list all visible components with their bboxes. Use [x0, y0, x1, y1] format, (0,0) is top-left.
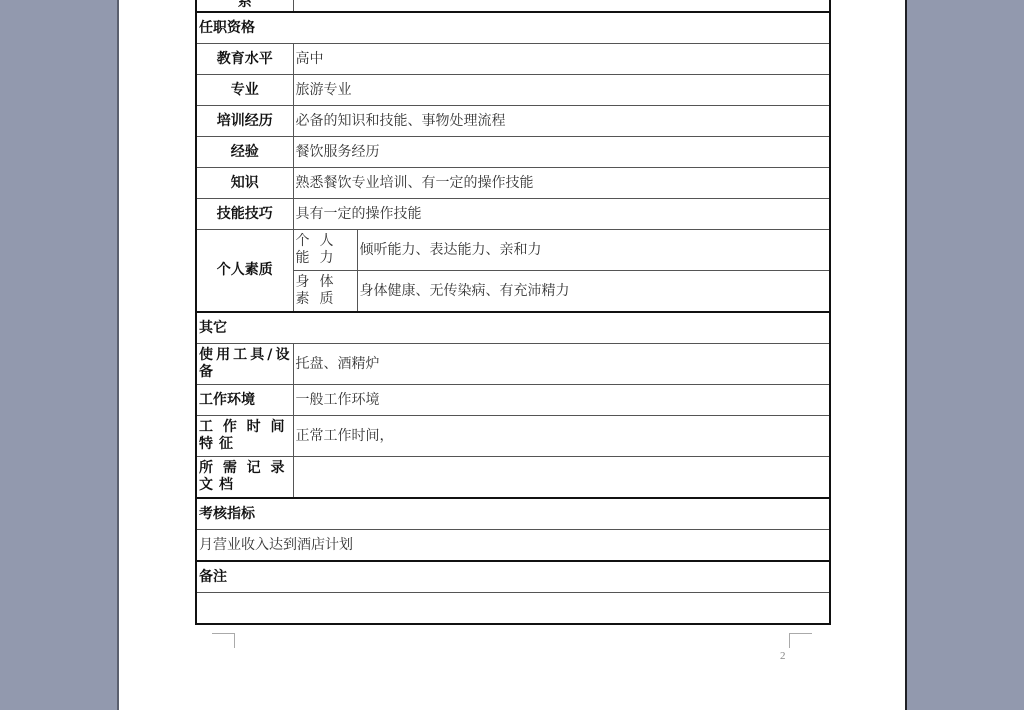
table-row: 使用工具/设备 托盘、酒精炉 — [196, 344, 830, 385]
row-value: 具有一定的操作技能 — [293, 199, 830, 230]
section-title-kpi: 考核指标 — [196, 498, 830, 530]
row-label: 所需记录文档 — [196, 457, 293, 499]
row-value: 一般工作环境 — [293, 385, 830, 416]
table-row: 专业 旅游专业 — [196, 75, 830, 106]
row-value: 旅游专业 — [293, 75, 830, 106]
section-header: 考核指标 — [196, 498, 830, 530]
table-row: 所需记录文档 — [196, 457, 830, 499]
table-row: 工作环境 一般工作环境 — [196, 385, 830, 416]
remarks-value — [196, 593, 830, 625]
section-header: 其它 — [196, 312, 830, 344]
row-label: 专业 — [196, 75, 293, 106]
row-value: 熟悉餐饮专业培训、有一定的操作技能 — [293, 168, 830, 199]
row-label: 知识 — [196, 168, 293, 199]
table-row — [196, 593, 830, 625]
job-description-table: 系 任职资格 教育水平 高中 专业 旅游专业 培训经历 必备的知识和技能、事物处… — [195, 0, 831, 625]
row-label: 工作环境 — [196, 385, 293, 416]
table-row: 经验 餐饮服务经历 — [196, 137, 830, 168]
margin-corner-left — [212, 633, 235, 648]
row-value: 高中 — [293, 44, 830, 75]
table-row: 工作时间特征 正常工作时间， — [196, 416, 830, 457]
margin-corner-right — [789, 633, 812, 648]
row-value: 必备的知识和技能、事物处理流程 — [293, 106, 830, 137]
table-row: 系 — [196, 0, 830, 12]
row-label: 培训经历 — [196, 106, 293, 137]
row-label: 工作时间特征 — [196, 416, 293, 457]
table-row: 个人素质 个人能力 倾听能力、表达能力、亲和力 — [196, 230, 830, 271]
row-label: 使用工具/设备 — [196, 344, 293, 385]
table-row: 知识 熟悉餐饮专业培训、有一定的操作技能 — [196, 168, 830, 199]
row-value: 餐饮服务经历 — [293, 137, 830, 168]
row-value: 正常工作时间， — [293, 416, 830, 457]
row-value: 托盘、酒精炉 — [293, 344, 830, 385]
sub-value: 倾听能力、表达能力、亲和力 — [357, 230, 830, 271]
sub-value: 身体健康、无传染病、有充沛精力 — [357, 271, 830, 313]
row-label: 技能技巧 — [196, 199, 293, 230]
kpi-value: 月营业收入达到酒店计划 — [196, 530, 830, 562]
personal-quality-label: 个人素质 — [196, 230, 293, 313]
sub-label: 身体素质 — [293, 271, 357, 313]
table-row: 培训经历 必备的知识和技能、事物处理流程 — [196, 106, 830, 137]
section-title-other: 其它 — [196, 312, 830, 344]
row-label: 经验 — [196, 137, 293, 168]
table-row: 技能技巧 具有一定的操作技能 — [196, 199, 830, 230]
page-number: 2 — [780, 650, 786, 662]
section-title-qualifications: 任职资格 — [196, 12, 830, 44]
cut-row-label: 系 — [196, 0, 293, 12]
section-header: 备注 — [196, 561, 830, 593]
table-row: 教育水平 高中 — [196, 44, 830, 75]
table-row: 月营业收入达到酒店计划 — [196, 530, 830, 562]
row-label: 教育水平 — [196, 44, 293, 75]
row-value — [293, 457, 830, 499]
cut-row-value — [293, 0, 830, 12]
section-header: 任职资格 — [196, 12, 830, 44]
section-title-remarks: 备注 — [196, 561, 830, 593]
sub-label: 个人能力 — [293, 230, 357, 271]
